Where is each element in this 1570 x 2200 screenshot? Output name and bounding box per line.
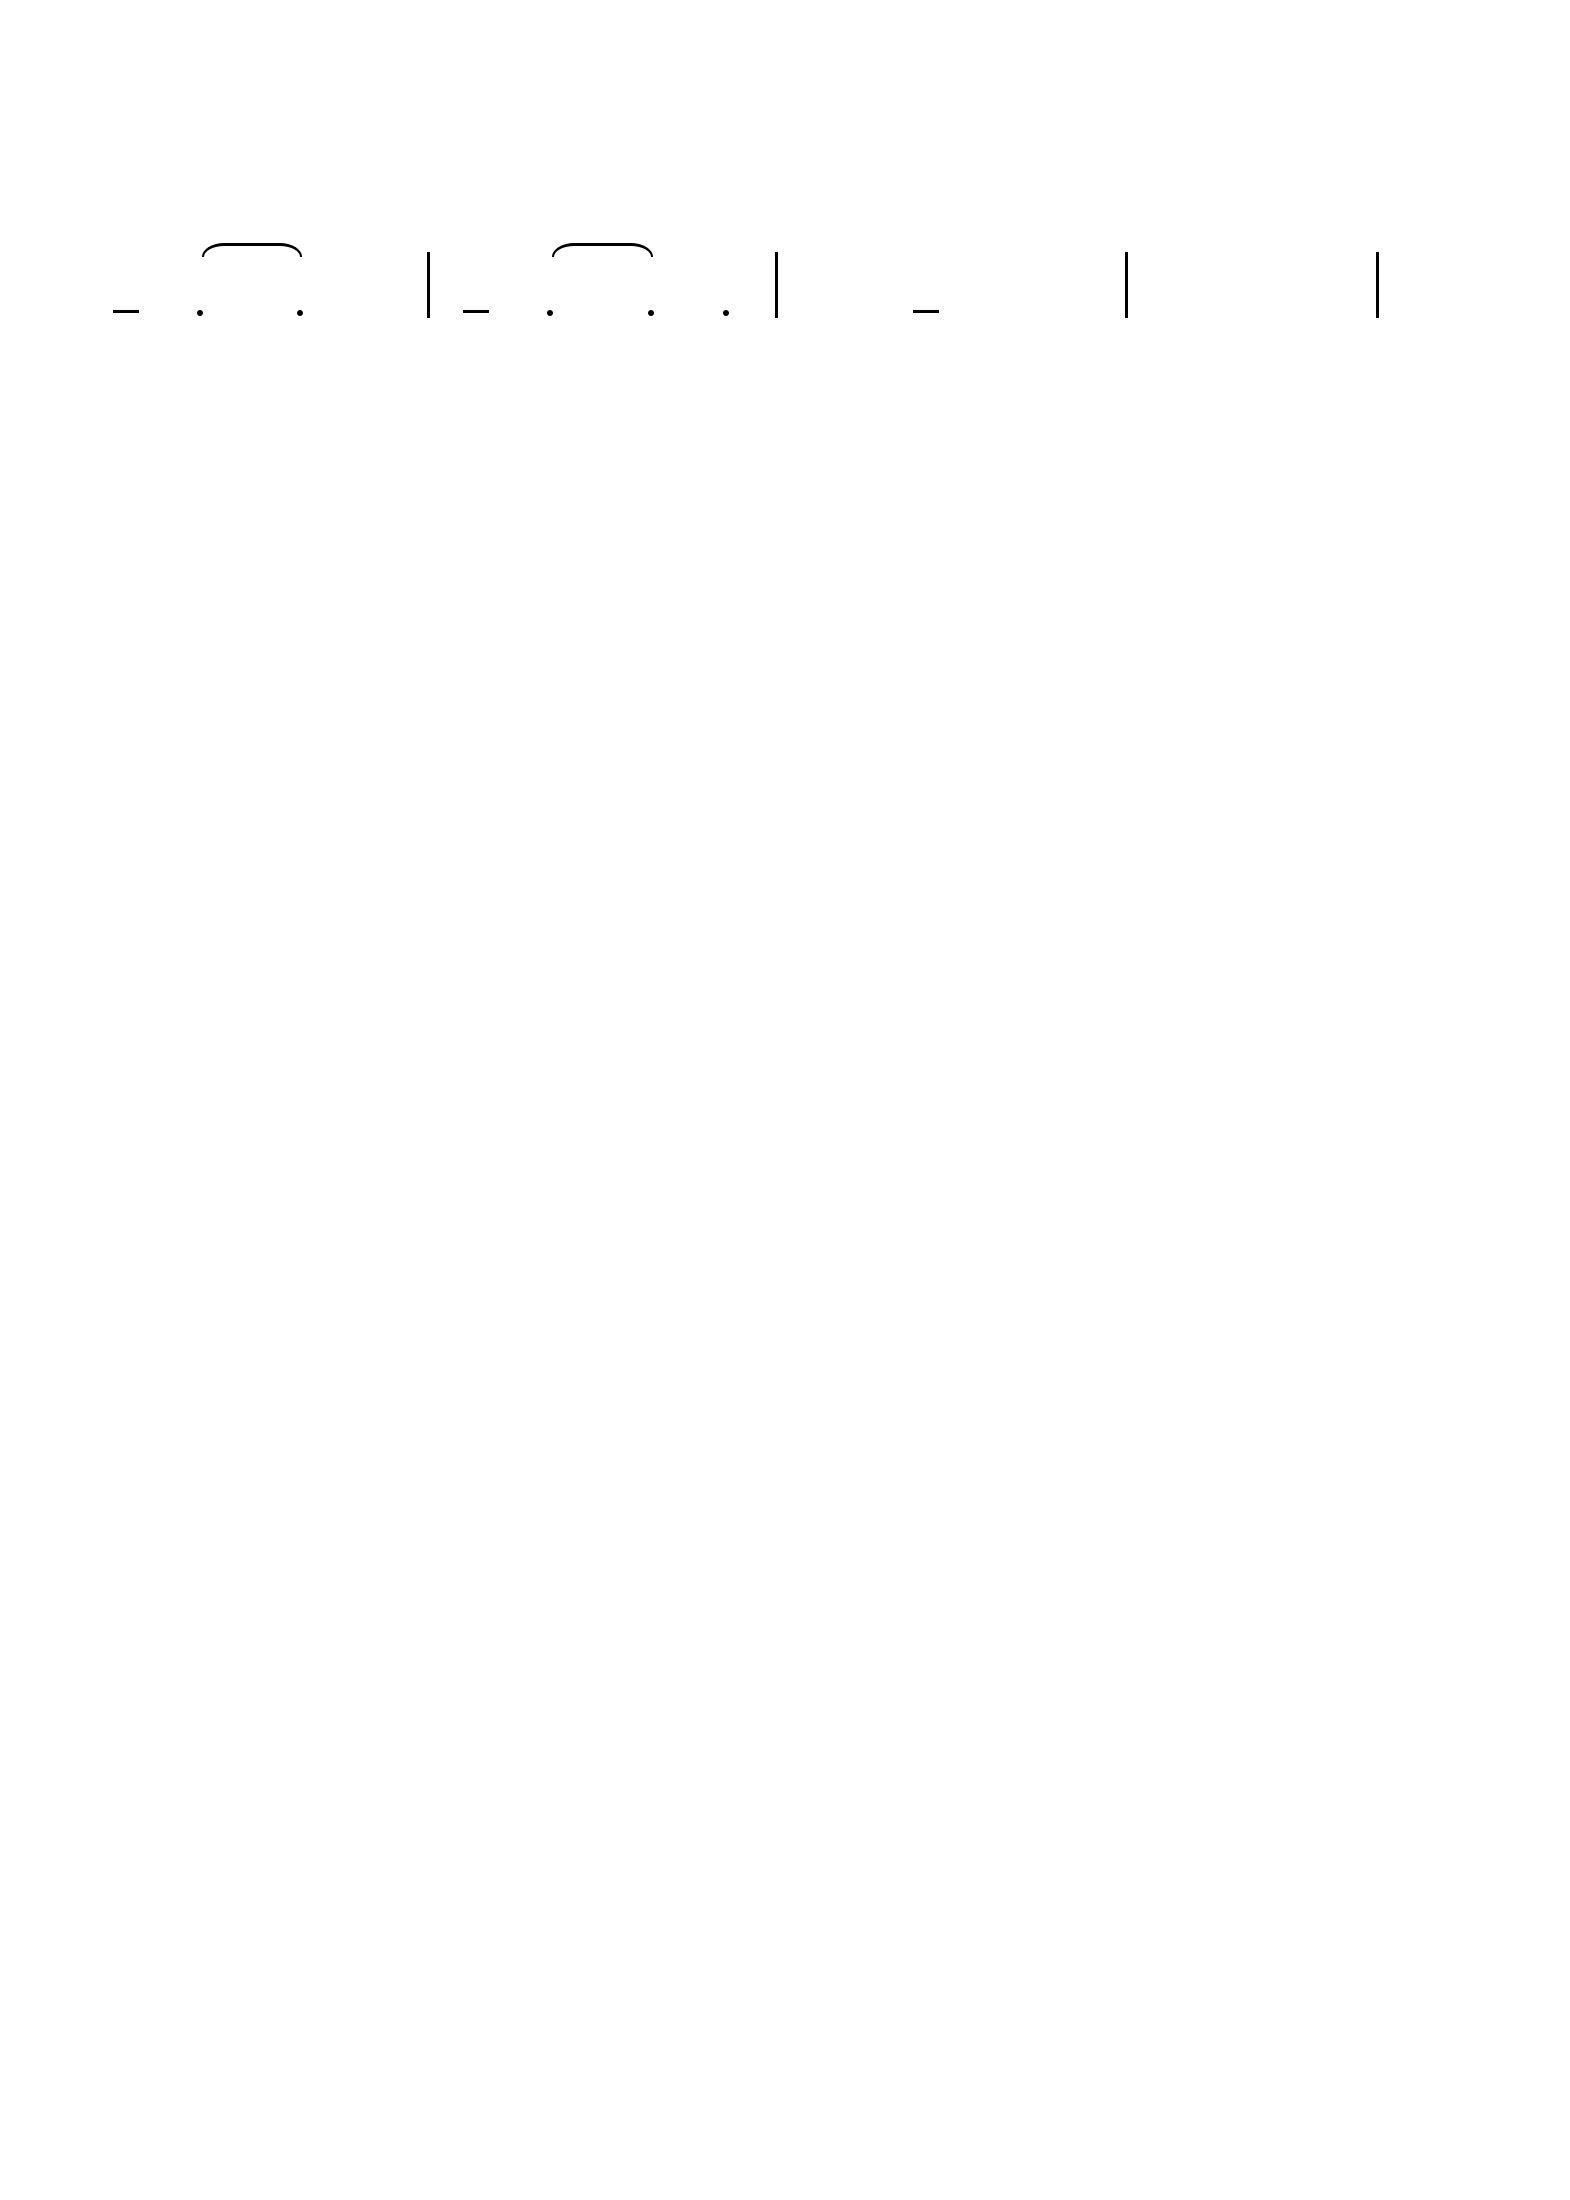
note (713, 264, 739, 310)
barline (1125, 252, 1128, 318)
note (913, 264, 939, 310)
chord-row-1 (0, 183, 1570, 233)
note (287, 264, 313, 310)
note (638, 264, 664, 310)
note (187, 264, 213, 310)
note (813, 264, 839, 310)
note (113, 264, 139, 310)
note (463, 264, 489, 310)
note (1164, 264, 1190, 310)
sustain-dash (1263, 261, 1293, 307)
sustain-dash (1213, 261, 1243, 307)
slur (202, 243, 302, 257)
lyric-line-verse-1 (0, 347, 1570, 393)
augmentation-dot (585, 268, 611, 314)
notation-row-1 (0, 264, 1570, 314)
barline (427, 252, 430, 318)
note (1063, 264, 1089, 310)
note (987, 264, 1013, 310)
note (365, 264, 391, 310)
note (537, 264, 563, 310)
augmentation-dot (233, 268, 259, 314)
augmentation-dot (858, 268, 884, 314)
barline (1376, 252, 1379, 318)
sustain-dash (1312, 261, 1342, 307)
slur (552, 243, 653, 257)
barline (775, 252, 778, 318)
